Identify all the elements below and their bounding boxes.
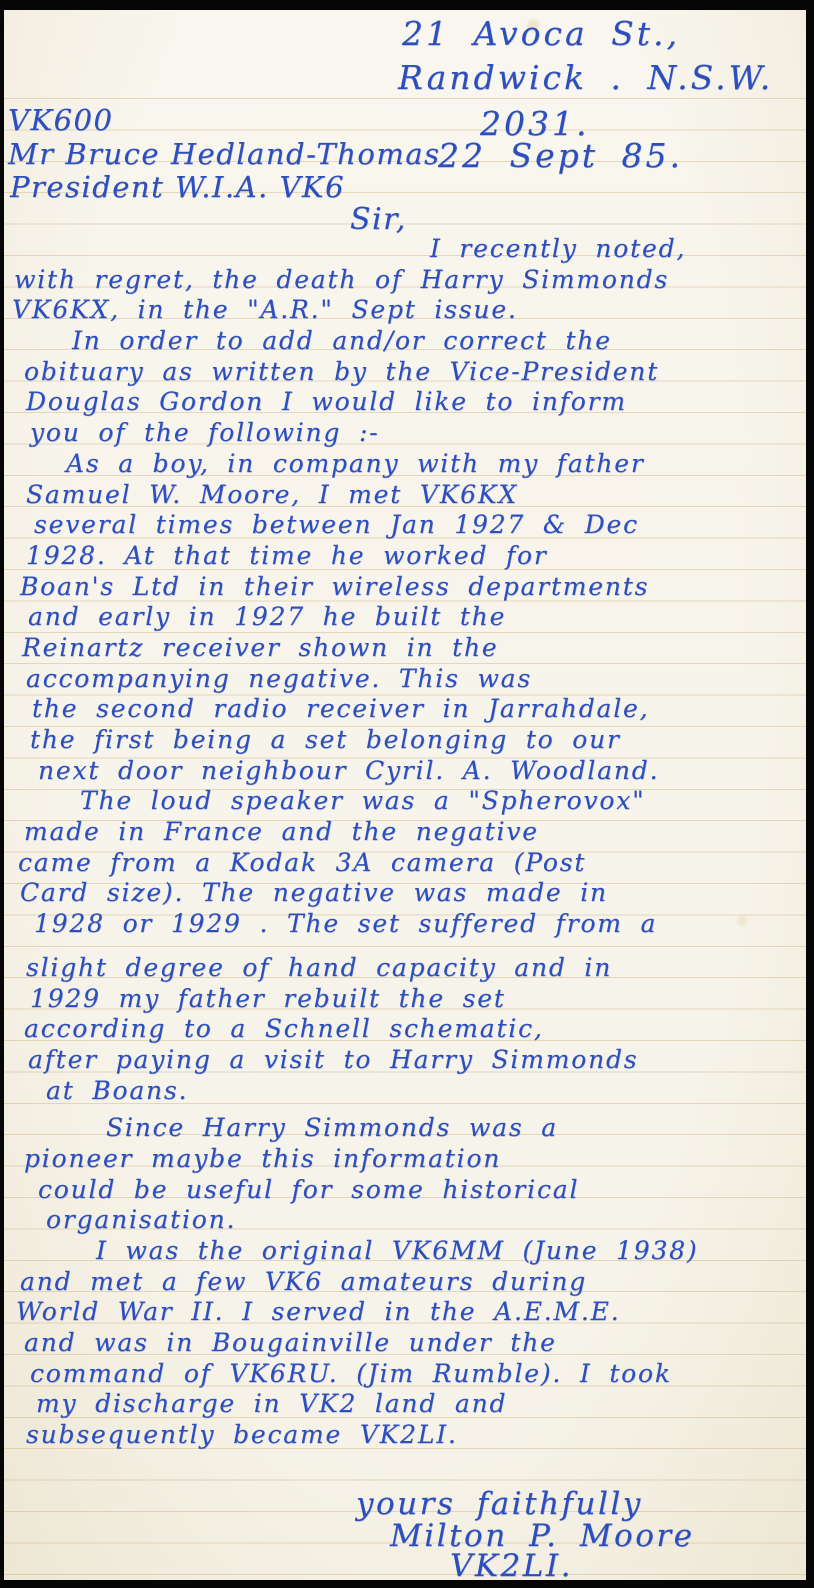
letter-line: with regret, the death of Harry Simmonds [10,265,806,296]
recipient-name: Mr Bruce Hedland-Thomas [8,137,441,171]
reference-code: VK600 [8,103,113,137]
letter-line: Reinartz receiver shown in the [10,633,806,664]
salutation: Sir, [350,202,407,237]
letter-line: subsequently became VK2LI. [10,1420,806,1451]
sender-address-line-2: Randwick . N.S.W. [398,58,773,97]
letter-line: I recently noted, [10,234,806,265]
letter-line: came from a Kodak 3A camera (Post [10,848,806,879]
letter-line: 1929 my father rebuilt the set [10,984,806,1015]
letter-date: 22 Sept 85. [438,136,683,175]
letter-line: Since Harry Simmonds was a [10,1113,806,1144]
closing-phrase: yours faithfully [356,1486,643,1522]
letter-line: World War II. I served in the A.E.M.E. [10,1297,806,1328]
recipient-title: President W.I.A. VK6 [10,170,345,204]
letter-line: organisation. [10,1205,806,1236]
letter-line: VK6KX, in the "A.R." Sept issue. [10,295,806,326]
signature-callsign: VK2LI. [450,1548,573,1580]
letter-line: according to a Schnell schematic, [10,1014,806,1045]
sender-address-line-1: 21 Avoca St., [402,14,680,53]
letter-line: you of the following :- [10,418,806,449]
letter-line: 1928. At that time he worked for [10,541,806,572]
letter-line: Douglas Gordon I would like to inform [10,387,806,418]
letter-line: obituary as written by the Vice-Presiden… [10,357,806,388]
letter-line: As a boy, in company with my father [10,449,806,480]
letter-line: Samuel W. Moore, I met VK6KX [10,480,806,511]
letter-line: I was the original VK6MM (June 1938) [10,1236,806,1267]
letter-line: at Boans. [10,1076,806,1107]
letter-line: Card size). The negative was made in [10,878,806,909]
letter-line: In order to add and/or correct the [10,326,806,357]
letter-line: Boan's Ltd in their wireless departments [10,572,806,603]
letter-line: my discharge in VK2 land and [10,1389,806,1420]
letter-line: and early in 1927 he built the [10,602,806,633]
letter-line: pioneer maybe this information [10,1144,806,1175]
letter-line: command of VK6RU. (Jim Rumble). I took [10,1359,806,1390]
letter-line: after paying a visit to Harry Simmonds [10,1045,806,1076]
scanned-letter: 21 Avoca St., Randwick . N.S.W. 2031. 22… [0,0,814,1588]
letter-line: the first being a set belonging to our [10,725,806,756]
letter-line: and met a few VK6 amateurs during [10,1267,806,1298]
letter-line: 1928 or 1929 . The set suffered from a [10,909,806,940]
letter-paper: 21 Avoca St., Randwick . N.S.W. 2031. 22… [4,10,806,1580]
letter-body: I recently noted, with regret, the death… [10,234,806,1451]
letter-line: and was in Bougainville under the [10,1328,806,1359]
letter-line: the second radio receiver in Jarrahdale, [10,694,806,725]
letter-line: next door neighbour Cyril. A. Woodland. [10,756,806,787]
letter-line: accompanying negative. This was [10,664,806,695]
letter-line: several times between Jan 1927 & Dec [10,510,806,541]
letter-line: could be useful for some historical [10,1175,806,1206]
letter-line: made in France and the negative [10,817,806,848]
letter-line: The loud speaker was a "Spherovox" [10,786,806,817]
letter-line: slight degree of hand capacity and in [10,953,806,984]
